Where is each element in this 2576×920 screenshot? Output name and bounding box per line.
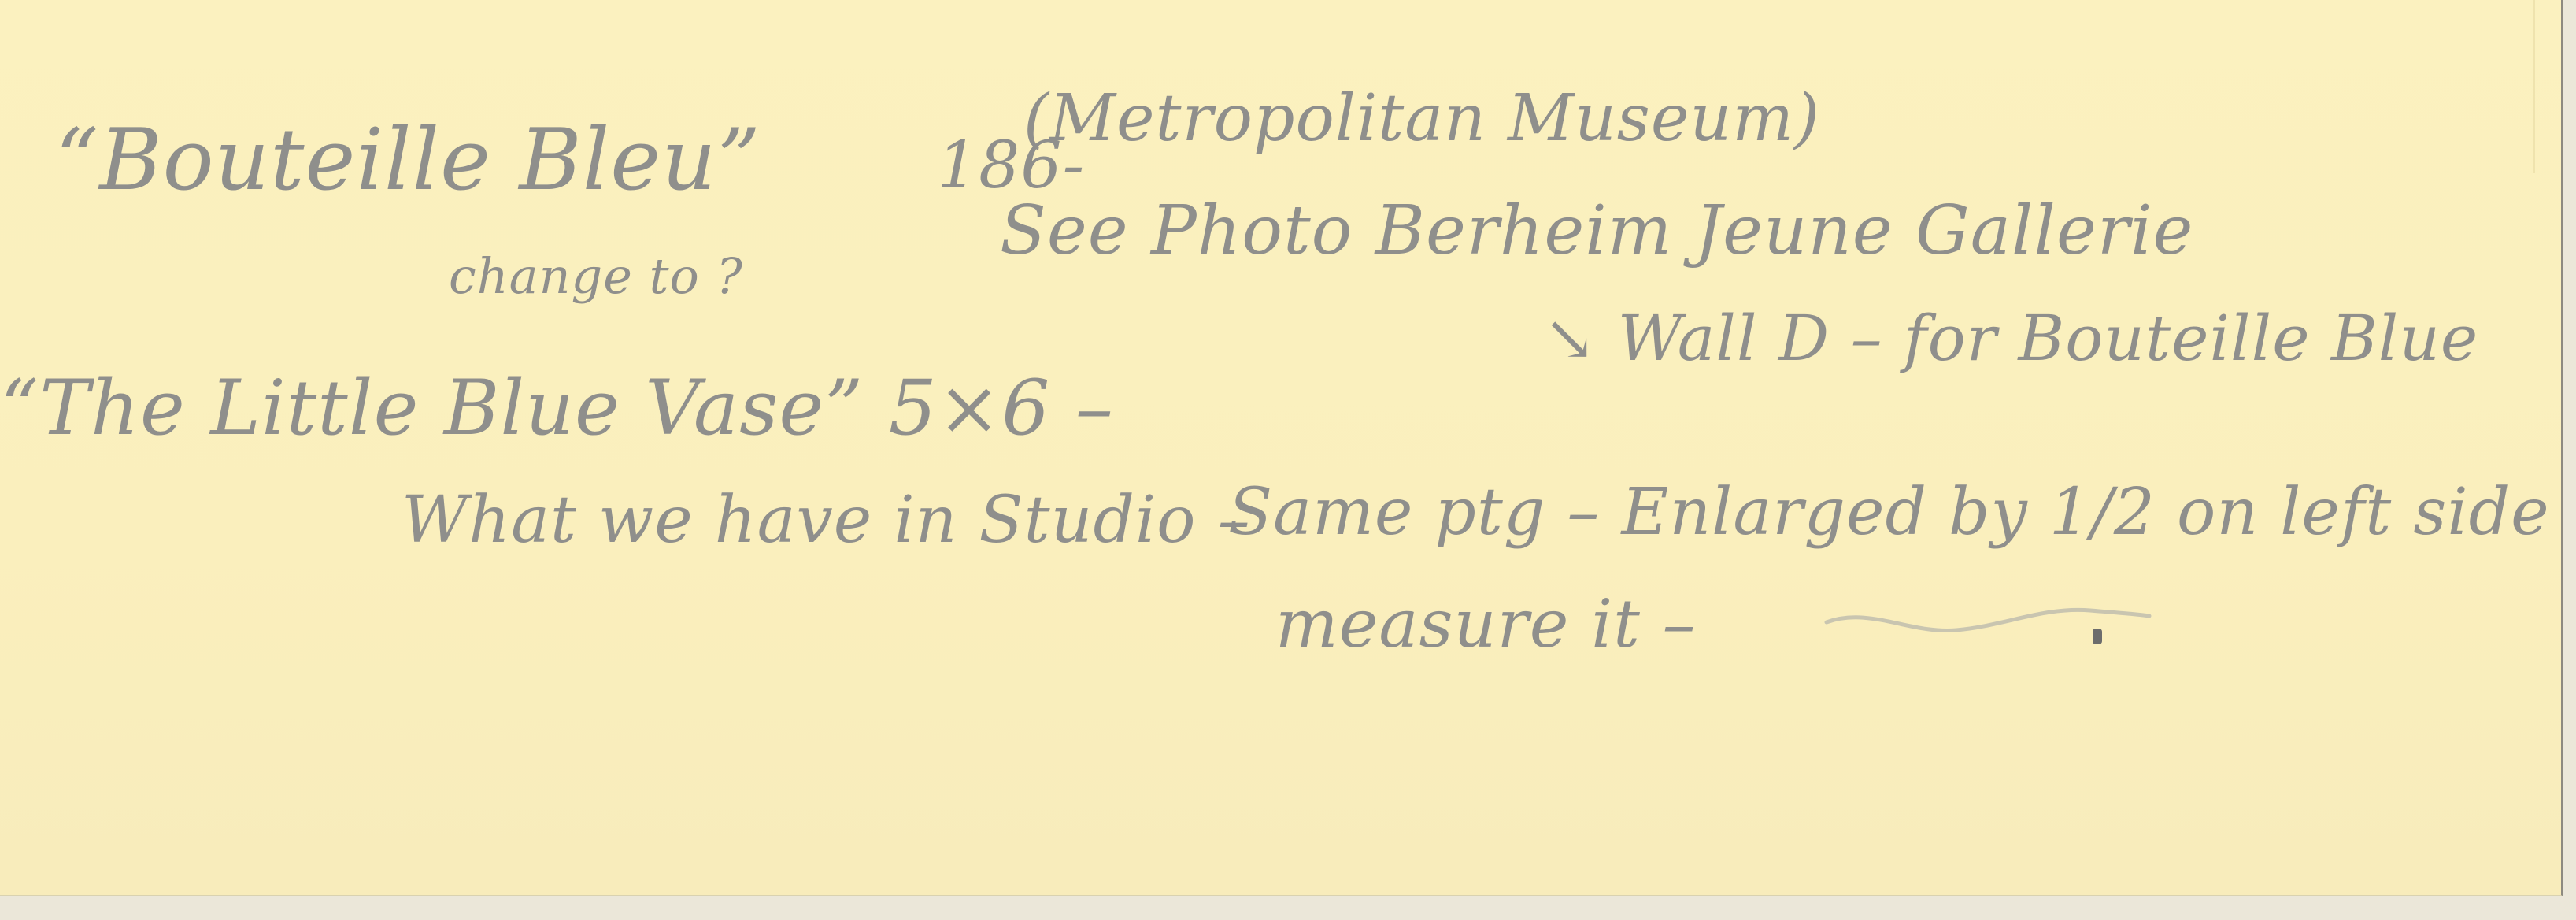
pencil-dot-mark <box>2093 629 2102 644</box>
paper-edge-fold <box>2533 0 2535 173</box>
same-painting-note: Same ptg – Enlarged by 1/2 on left side <box>1228 480 2550 545</box>
paper-sheet: “Bouteille Bleu” 186- (Metropolitan Muse… <box>0 0 2563 896</box>
title-little-blue-vase: “The Little Blue Vase” 5×6 – <box>0 370 1114 446</box>
studio-note: What we have in Studio – <box>402 488 1251 553</box>
photo-reference-note: See Photo Berheim Jeune Gallerie <box>1000 197 2193 265</box>
wall-d-note: ↘ Wall D – for Bouteille Blue <box>1543 307 2478 370</box>
pencil-squiggle-mark <box>1823 599 2153 646</box>
change-to-note: change to ? <box>449 252 743 301</box>
title-bouteille-bleu: “Bouteille Bleu” <box>55 118 761 203</box>
measure-it-note: measure it – <box>1275 591 1697 657</box>
museum-note: (Metropolitan Museum) <box>1023 87 1820 151</box>
